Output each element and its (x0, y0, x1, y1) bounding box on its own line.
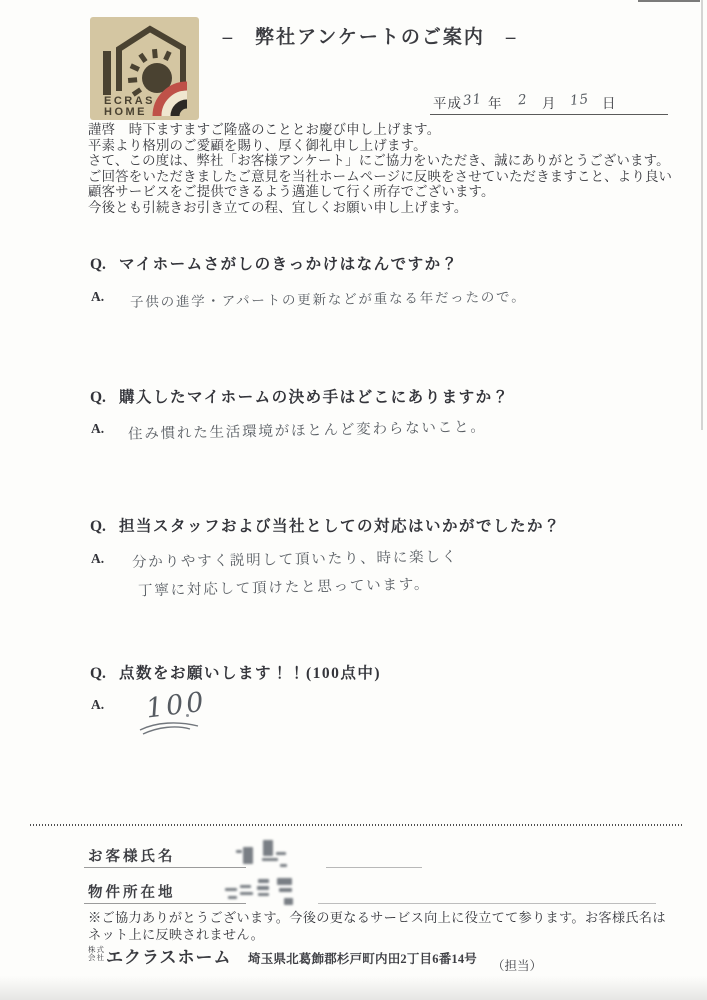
question-1: Q.マイホームさがしのきっかけはなんですか？ (90, 252, 459, 274)
company-address: 埼玉県北葛飾郡杉戸町内田2丁目6番14号 (248, 949, 477, 967)
handwritten-month: 2 (517, 92, 528, 109)
handwritten-day: 15 (569, 91, 590, 109)
greeting-line: 今後とも引続きお引き立ての程、宜しくお願い申し上げます。 (88, 200, 673, 216)
date-month-label: 月 (542, 92, 557, 112)
property-location-line (318, 903, 656, 904)
handwritten-answer-3-line1: 分かりやすく説明して頂いたり、時に楽しく (132, 545, 458, 572)
date-era-label: 平成 (433, 92, 462, 112)
greeting-line: 顧客サービスをご提供できるよう邁進して行く所存でございます。 (88, 184, 673, 200)
date-year-label: 年 (488, 92, 503, 112)
scan-edge-artifact (638, 0, 700, 2)
handwritten-period-mark (186, 714, 189, 717)
question-4: Q.点数をお願いします！！(100点中) (90, 661, 381, 683)
question-text: マイホームさがしのきっかけはなんですか？ (119, 256, 459, 273)
scan-bottom-shadow (0, 976, 707, 1000)
answer-label: A. (91, 289, 104, 305)
company-prefix: 株式 会社 (88, 946, 105, 962)
greeting-line: 平素より格別のご愛顧を賜り、厚く御礼申し上げます。 (88, 138, 673, 154)
customer-name-label: お客様氏名 (88, 845, 176, 866)
question-2: Q.購入したマイホームの決め手はどこにありますか？ (90, 385, 510, 407)
logo-brand-line2: HOME (104, 106, 147, 118)
property-location-label: 物件所在地 (88, 881, 176, 902)
scanned-survey-page: ECRAS HOME – 弊社アンケートのご案内 – 平成 31 年 2 月 1… (0, 0, 707, 1000)
greeting-line: 謹啓 時下ますますご隆盛のこととお慶び申し上げます。 (88, 122, 673, 138)
handwritten-answer-2: 住み慣れた生活環境がほとんど変わらないこと。 (128, 415, 487, 444)
handwritten-answer-1: 子供の進学・アパートの更新などが重なる年だったので。 (130, 285, 527, 311)
greeting-line: ご回答をいただきましたご意見を当社ホームページに反映をさせていただきますこと、よ… (88, 169, 673, 185)
question-text: 購入したマイホームの決め手はどこにありますか？ (119, 389, 510, 406)
question-text: 担当スタッフおよび当社としての対応はいかがでしたか？ (119, 518, 561, 535)
date-day-label: 日 (602, 92, 617, 112)
dotted-separator (30, 824, 683, 826)
company-name: エクラスホーム (106, 943, 232, 968)
question-3: Q.担当スタッフおよび当社としての対応はいかがでしたか？ (90, 514, 561, 536)
question-text: 点数をお願いします！！(100点中) (119, 665, 381, 682)
handwritten-answer-3-line2: 丁寧に対応して頂けたと思っています。 (138, 573, 431, 601)
company-prefix-line2: 会社 (88, 954, 105, 962)
handwritten-year: 31 (462, 91, 483, 109)
property-location-line (84, 903, 246, 904)
greeting-line: さて、この度は、弊社「お客様アンケート」にご協力をいただき、誠にありがとうござい… (88, 153, 673, 169)
question-label: Q. (90, 389, 106, 406)
question-label: Q. (90, 665, 106, 682)
scan-edge-artifact (701, 0, 703, 430)
question-label: Q. (90, 256, 106, 273)
contact-label: （担当） (492, 956, 542, 974)
chimney-icon (103, 51, 111, 95)
answer-label: A. (91, 697, 104, 713)
answer-label: A. (91, 551, 104, 567)
answer-label: A. (91, 421, 104, 437)
customer-name-line (84, 867, 246, 868)
footer-note-line2: ネット上に反映されません。 (88, 924, 264, 943)
page-title: – 弊社アンケートのご案内 – (160, 22, 580, 49)
score-underline-flourish (138, 719, 202, 737)
date-line: 平成 31 年 2 月 15 日 (430, 90, 668, 115)
question-label: Q. (90, 518, 106, 535)
customer-name-line (326, 867, 422, 868)
greeting-paragraph: 謹啓 時下ますますご隆盛のこととお慶び申し上げます。 平素より格別のご愛顧を賜り… (88, 122, 673, 216)
